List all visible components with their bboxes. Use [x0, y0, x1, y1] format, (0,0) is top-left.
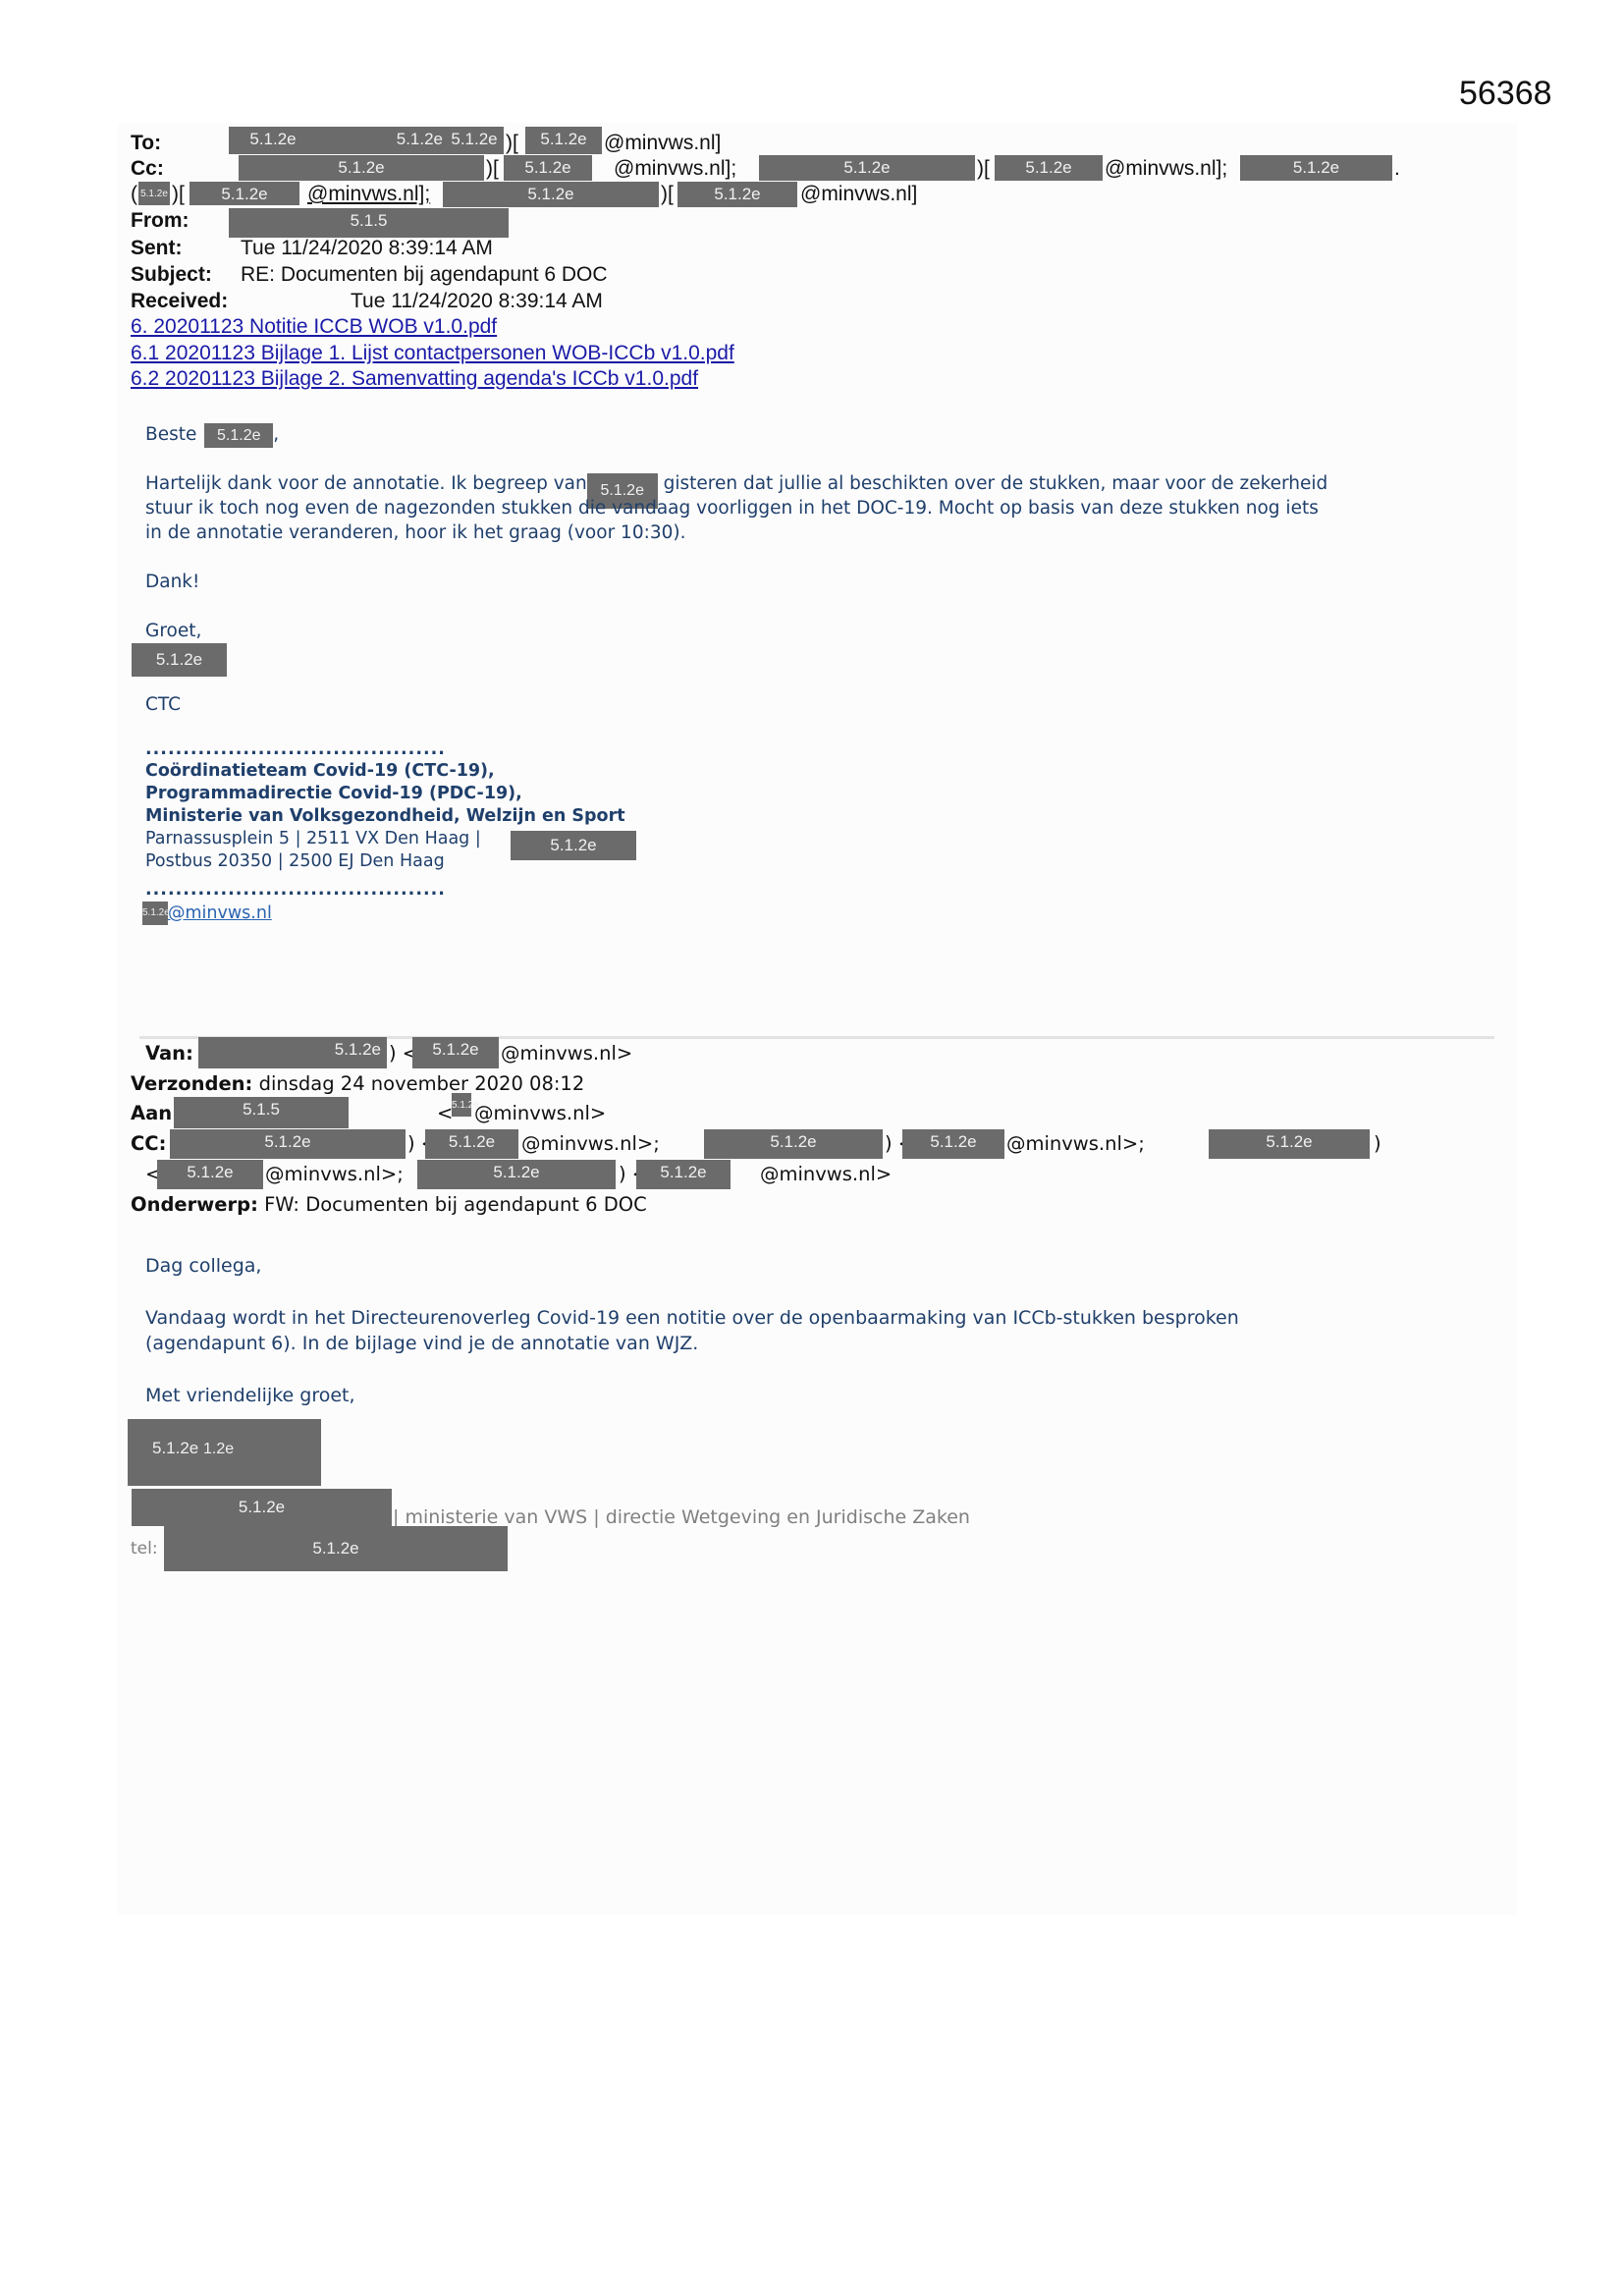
redaction: 5.1.2e	[239, 155, 484, 181]
redaction: 5.1.2e	[445, 127, 504, 154]
address-line: Parnassusplein 5 | 2511 VX Den Haag |	[145, 829, 481, 848]
verzonden-label: Verzonden:	[131, 1072, 252, 1095]
cc-domain: @minvws.nl]	[800, 182, 917, 207]
cc-label: CC:	[131, 1132, 166, 1155]
email-link[interactable]: @minvws.nl	[168, 903, 272, 923]
redaction: 5.1.2e	[759, 155, 975, 181]
redaction-signer: 5.1.2e	[132, 643, 227, 677]
fwd-line2: (agendapunt 6). In de bijlage vind je de…	[145, 1331, 698, 1356]
redaction: 5.1.2e	[157, 1160, 263, 1189]
redaction: 5.1.2e	[1209, 1129, 1370, 1159]
fwd-aan-row: Aan 5.1.5 < 5.1.2e @minvws.nl>	[131, 1101, 172, 1126]
redaction: 5.1.2e	[229, 127, 317, 154]
redaction: 5.1.2e	[677, 182, 797, 207]
received-value: Tue 11/24/2020 8:39:14 AM	[351, 289, 603, 314]
redaction: 5.1.2e	[164, 1526, 508, 1571]
onderwerp-value: FW: Documenten bij agendapunt 6 DOC	[264, 1193, 647, 1216]
fwd-closing: Met vriendelijke groet,	[145, 1383, 355, 1408]
aan-domain: @minvws.nl>	[474, 1101, 606, 1126]
redaction: 5.1.2e	[204, 423, 273, 448]
to-row: To: 5.1.2e 5.1.2e 5.1.2e )[ 5.1.2e @minv…	[131, 131, 161, 156]
fwd-line1: Vandaag wordt in het Directeurenoverleg …	[145, 1305, 1239, 1331]
redaction: 5.1.2e	[704, 1129, 883, 1159]
attachment-name[interactable]: 6. 20201123 Notitie ICCB WOB v1.0.pdf	[131, 315, 497, 338]
sig-org1: Coördinatieteam Covid-19 (CTC-19),	[145, 760, 495, 783]
bracket: )[	[977, 156, 990, 182]
fwd-greeting: Dag collega,	[145, 1253, 261, 1279]
fwd-onderwerp-row: Onderwerp: FW: Documenten bij agendapunt…	[131, 1192, 647, 1218]
reply-greeting: Beste 5.1.2e,	[145, 422, 279, 448]
p1-part-a: Hartelijk dank voor de annotatie. Ik beg…	[145, 473, 587, 494]
redaction: 5.1.2e	[995, 155, 1103, 181]
p1-part-b: gisteren dat jullie al beschikten over d…	[664, 473, 1328, 494]
cc-domain: @minvws.nl];	[614, 156, 736, 182]
fwd-cc-row-2: < 5.1.2e @minvws.nl>; 5.1.2e ) < 5.1.2e …	[145, 1162, 161, 1187]
fwd-verzonden-row: Verzonden: dinsdag 24 november 2020 08:1…	[131, 1071, 584, 1097]
cc-domain: @minvws.nl>;	[521, 1131, 660, 1157]
reply-paragraph-line2: stuur ik toch nog even de nagezonden stu…	[145, 496, 1319, 520]
attachment-link-2[interactable]: 6.2 20201123 Bijlage 2. Samenvatting age…	[131, 366, 698, 392]
redaction: 5.1.2e	[189, 182, 299, 205]
aan-label: Aan	[131, 1102, 172, 1124]
cc-domain: @minvws.nl];	[307, 182, 430, 207]
subject-value: RE: Documenten bij agendapunt 6 DOC	[241, 262, 608, 288]
from-row: From: 5.1.5	[131, 208, 189, 234]
subject-label: Subject:	[131, 263, 212, 286]
sig-org2: Programmadirectie Covid-19 (PDC-19),	[145, 783, 522, 805]
trailing-dot: .	[1394, 156, 1400, 182]
redaction: 5.1.2e	[170, 1129, 406, 1159]
redaction-code: 5.1.2e	[152, 1439, 198, 1457]
redaction: 5.1.2e	[198, 1037, 387, 1068]
reply-closing: Groet,	[145, 619, 201, 643]
redaction: 5.1.2e	[142, 902, 168, 925]
redaction: 5.1.2e	[425, 1129, 518, 1159]
redaction: 5.1.2e	[317, 127, 445, 154]
reply-thanks: Dank!	[145, 570, 199, 594]
cc-row: Cc: 5.1.2e )[ 5.1.2e @minvws.nl]; 5.1.2e…	[131, 156, 164, 182]
sig-email[interactable]: 5.1.2e@minvws.nl	[142, 902, 272, 925]
greeting-comma: ,	[273, 424, 279, 445]
org-line: Programmadirectie Covid-19 (PDC-19),	[145, 784, 522, 803]
bracket: )[	[486, 156, 499, 182]
fwd-tel-label: tel:	[131, 1536, 158, 1561]
bracket: )[	[661, 182, 674, 207]
lt: <	[437, 1101, 453, 1126]
received-row: Received: Tue 11/24/2020 8:39:14 AM	[131, 289, 228, 314]
bracket: )[	[506, 131, 518, 156]
subject-row: Subject: RE: Documenten bij agendapunt 6…	[131, 262, 212, 288]
redaction: 5.1.2e	[138, 182, 170, 205]
org-line: Coördinatieteam Covid-19 (CTC-19),	[145, 761, 495, 781]
org-line: Ministerie van Volksgezondheid, Welzijn …	[145, 806, 625, 826]
document-number: 56368	[1459, 75, 1552, 113]
sent-value: Tue 11/24/2020 8:39:14 AM	[241, 236, 493, 261]
redaction: 5.1.2e	[525, 127, 602, 154]
redaction: 5.1.2e	[412, 1037, 499, 1068]
sent-label: Sent:	[131, 237, 183, 259]
cc-label: Cc:	[131, 157, 164, 180]
van-label: Van:	[145, 1042, 193, 1065]
redaction-signer-block: 5.1.2e 1.2e	[128, 1419, 321, 1486]
redaction-code: 1.2e	[203, 1441, 234, 1457]
attachment-link-1[interactable]: 6.1 20201123 Bijlage 1. Lijst contactper…	[131, 341, 734, 366]
redaction: 5.1.5	[229, 208, 509, 238]
rp: )	[1374, 1131, 1381, 1157]
redaction: 5.1.2e	[452, 1093, 471, 1117]
cc-row-2: ( 5.1.2e )[ 5.1.2e @minvws.nl]; 5.1.2e )…	[131, 182, 137, 207]
fwd-cc-row: CC: 5.1.2e ) < 5.1.2e @minvws.nl>; 5.1.2…	[131, 1131, 166, 1157]
redaction: 5.1.2e	[132, 1489, 392, 1526]
greeting-text: Beste	[145, 424, 196, 445]
redaction: 5.1.2e	[636, 1160, 731, 1189]
van-domain: @minvws.nl>	[501, 1041, 632, 1066]
onderwerp-label: Onderwerp:	[131, 1193, 258, 1216]
redaction: 5.1.2e	[417, 1160, 616, 1189]
cc-domain: @minvws.nl>	[760, 1162, 892, 1187]
sig-address1: Parnassusplein 5 | 2511 VX Den Haag |	[145, 828, 481, 850]
reply-paragraph-line3: in de annotatie veranderen, hoor ik het …	[145, 520, 685, 545]
fwd-van-row: Van: 5.1.2e ) < 5.1.2e @minvws.nl>	[145, 1041, 193, 1066]
cc-domain: @minvws.nl>;	[265, 1162, 404, 1187]
verzonden-value: dinsdag 24 november 2020 08:12	[259, 1072, 585, 1095]
redaction: 5.1.2e	[443, 182, 659, 207]
sig-org3: Ministerie van Volksgezondheid, Welzijn …	[145, 805, 625, 828]
redaction: 5.1.2e	[511, 831, 636, 860]
attachment-link-0[interactable]: 6. 20201123 Notitie ICCB WOB v1.0.pdf	[131, 314, 497, 340]
cc-domain: @minvws.nl>;	[1006, 1131, 1145, 1157]
from-label: From:	[131, 209, 189, 232]
attachment-name[interactable]: 6.1 20201123 Bijlage 1. Lijst contactper…	[131, 342, 734, 364]
to-label: To:	[131, 132, 161, 154]
redaction: 5.1.2e	[902, 1129, 1004, 1159]
sig-address2: Postbus 20350 | 2500 EJ Den Haag	[145, 850, 445, 873]
to-domain: @minvws.nl]	[604, 131, 721, 156]
reply-team: CTC	[145, 692, 181, 717]
redaction: 5.1.2e	[1240, 155, 1392, 181]
sig-dots-top: ........................................	[145, 738, 446, 761]
paren: (	[131, 183, 137, 205]
received-label: Received:	[131, 290, 228, 312]
redaction: 5.1.2e	[504, 155, 592, 181]
sig-dots-bottom: ........................................	[145, 879, 446, 902]
attachment-name[interactable]: 6.2 20201123 Bijlage 2. Samenvatting age…	[131, 367, 698, 390]
redaction: 5.1.5	[174, 1097, 349, 1128]
bracket: )[	[172, 182, 185, 207]
sent-row: Sent: Tue 11/24/2020 8:39:14 AM	[131, 236, 183, 261]
cc-domain: @minvws.nl];	[1105, 156, 1227, 182]
